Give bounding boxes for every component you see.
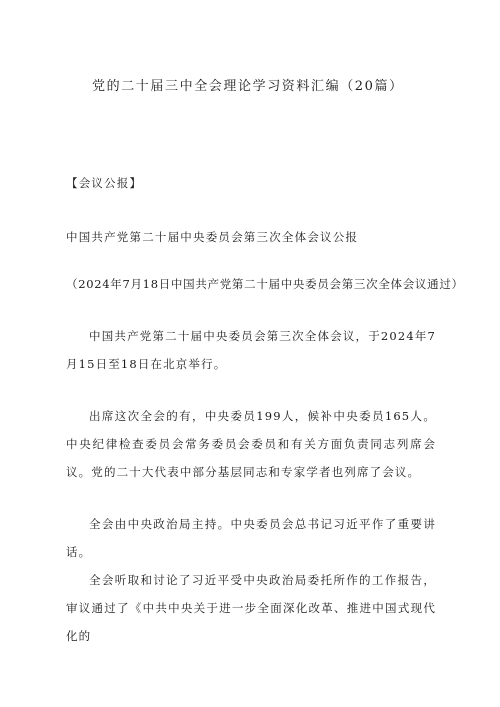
communique-title: 中国共产党第二十届中央委员会第三次全体会议公报 [66, 230, 358, 244]
communique-subtitle: （2024年7月18日中国共产党第二十届中央委员会第三次全体会议通过） [66, 277, 464, 291]
paragraph-2: 出席这次全会的有，中央委员199人，候补中央委员165人。中央纪律检查委员会常务… [66, 402, 436, 486]
paragraph-4: 全会听取和讨论了习近平受中央政治局委托所作的工作报告，审议通过了《中共中央关于进… [66, 566, 436, 650]
paragraph-1: 中国共产党第二十届中央委员会第三次全体会议，于2024年7月15日至18日在北京… [66, 322, 436, 378]
paragraph-3: 全会由中央政治局主持。中央委员会总书记习近平作了重要讲话。 [66, 510, 436, 566]
document-page: 党的二十届三中全会理论学习资料汇编（20篇） 【会议公报】 中国共产党第二十届中… [0, 0, 500, 707]
section-heading: 【会议公报】 [66, 176, 142, 190]
document-title: 党的二十届三中全会理论学习资料汇编（20篇） [92, 80, 404, 94]
